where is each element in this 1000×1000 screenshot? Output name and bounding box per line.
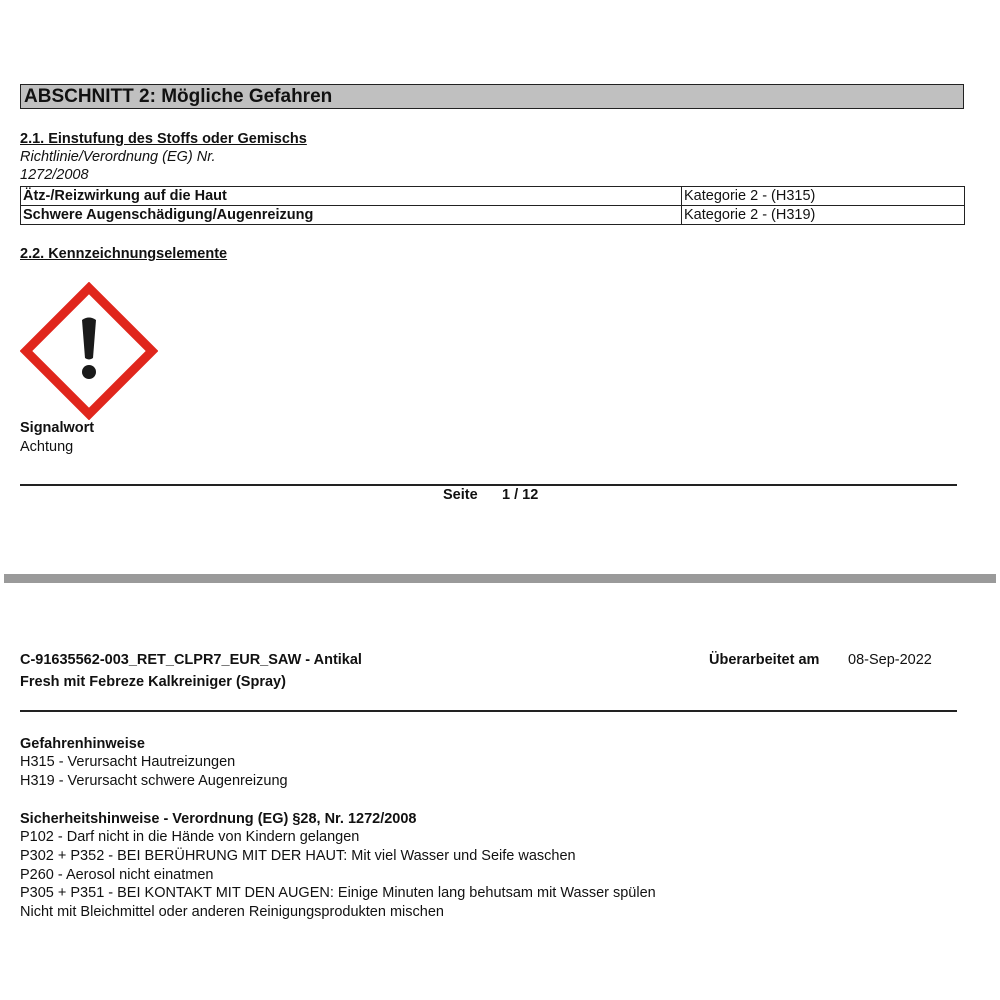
page-separator xyxy=(4,574,996,583)
hazard-statement: H315 - Verursacht Hautreizungen xyxy=(20,753,235,772)
revised-date: 08-Sep-2022 xyxy=(848,651,932,670)
table-row: Schwere Augenschädigung/Augenreizung Kat… xyxy=(21,206,965,225)
signal-word-label: Signalwort xyxy=(20,419,94,438)
precautionary-statement: P305 + P351 - BEI KONTAKT MIT DEN AUGEN:… xyxy=(20,884,656,903)
page-label: Seite xyxy=(443,487,478,503)
precautionary-statement: Nicht mit Bleichmittel oder anderen Rein… xyxy=(20,903,444,922)
signal-word-value: Achtung xyxy=(20,438,73,457)
hazard-class: Ätz-/Reizwirkung auf die Haut xyxy=(21,187,682,206)
page-number: 1 / 12 xyxy=(502,487,538,503)
header-rule xyxy=(20,710,957,712)
precautionary-statement: P260 - Aerosol nicht einatmen xyxy=(20,866,213,885)
document-id-line-1: C-91635562-003_RET_CLPR7_EUR_SAW - Antik… xyxy=(20,651,362,670)
hazard-statement: H319 - Verursacht schwere Augenreizung xyxy=(20,772,288,791)
precautionary-statement: P302 + P352 - BEI BERÜHRUNG MIT DER HAUT… xyxy=(20,847,576,866)
footer-rule xyxy=(20,484,957,486)
table-row: Ätz-/Reizwirkung auf die Haut Kategorie … xyxy=(21,187,965,206)
hazard-category: Kategorie 2 - (H319) xyxy=(682,206,965,225)
hazard-class: Schwere Augenschädigung/Augenreizung xyxy=(21,206,682,225)
subsection-2-2-title: 2.2. Kennzeichnungselemente xyxy=(20,246,227,262)
hazard-statements-title: Gefahrenhinweise xyxy=(20,735,145,754)
subsection-2-1-title: 2.1. Einstufung des Stoffs oder Gemischs xyxy=(20,131,307,147)
precautionary-statements-title: Sicherheitshinweise - Verordnung (EG) §2… xyxy=(20,810,417,829)
classification-table: Ätz-/Reizwirkung auf die Haut Kategorie … xyxy=(20,186,965,225)
exclamation-mark-hazard-icon xyxy=(20,282,158,420)
regulation-line-2: 1272/2008 xyxy=(20,167,89,183)
revised-label: Überarbeitet am xyxy=(709,651,819,670)
section-2-header: ABSCHNITT 2: Mögliche Gefahren xyxy=(20,84,964,109)
precautionary-statement: P102 - Darf nicht in die Hände von Kinde… xyxy=(20,828,359,847)
document-id-line-2: Fresh mit Febreze Kalkreiniger (Spray) xyxy=(20,673,286,692)
hazard-category: Kategorie 2 - (H315) xyxy=(682,187,965,206)
regulation-line-1: Richtlinie/Verordnung (EG) Nr. xyxy=(20,149,216,165)
